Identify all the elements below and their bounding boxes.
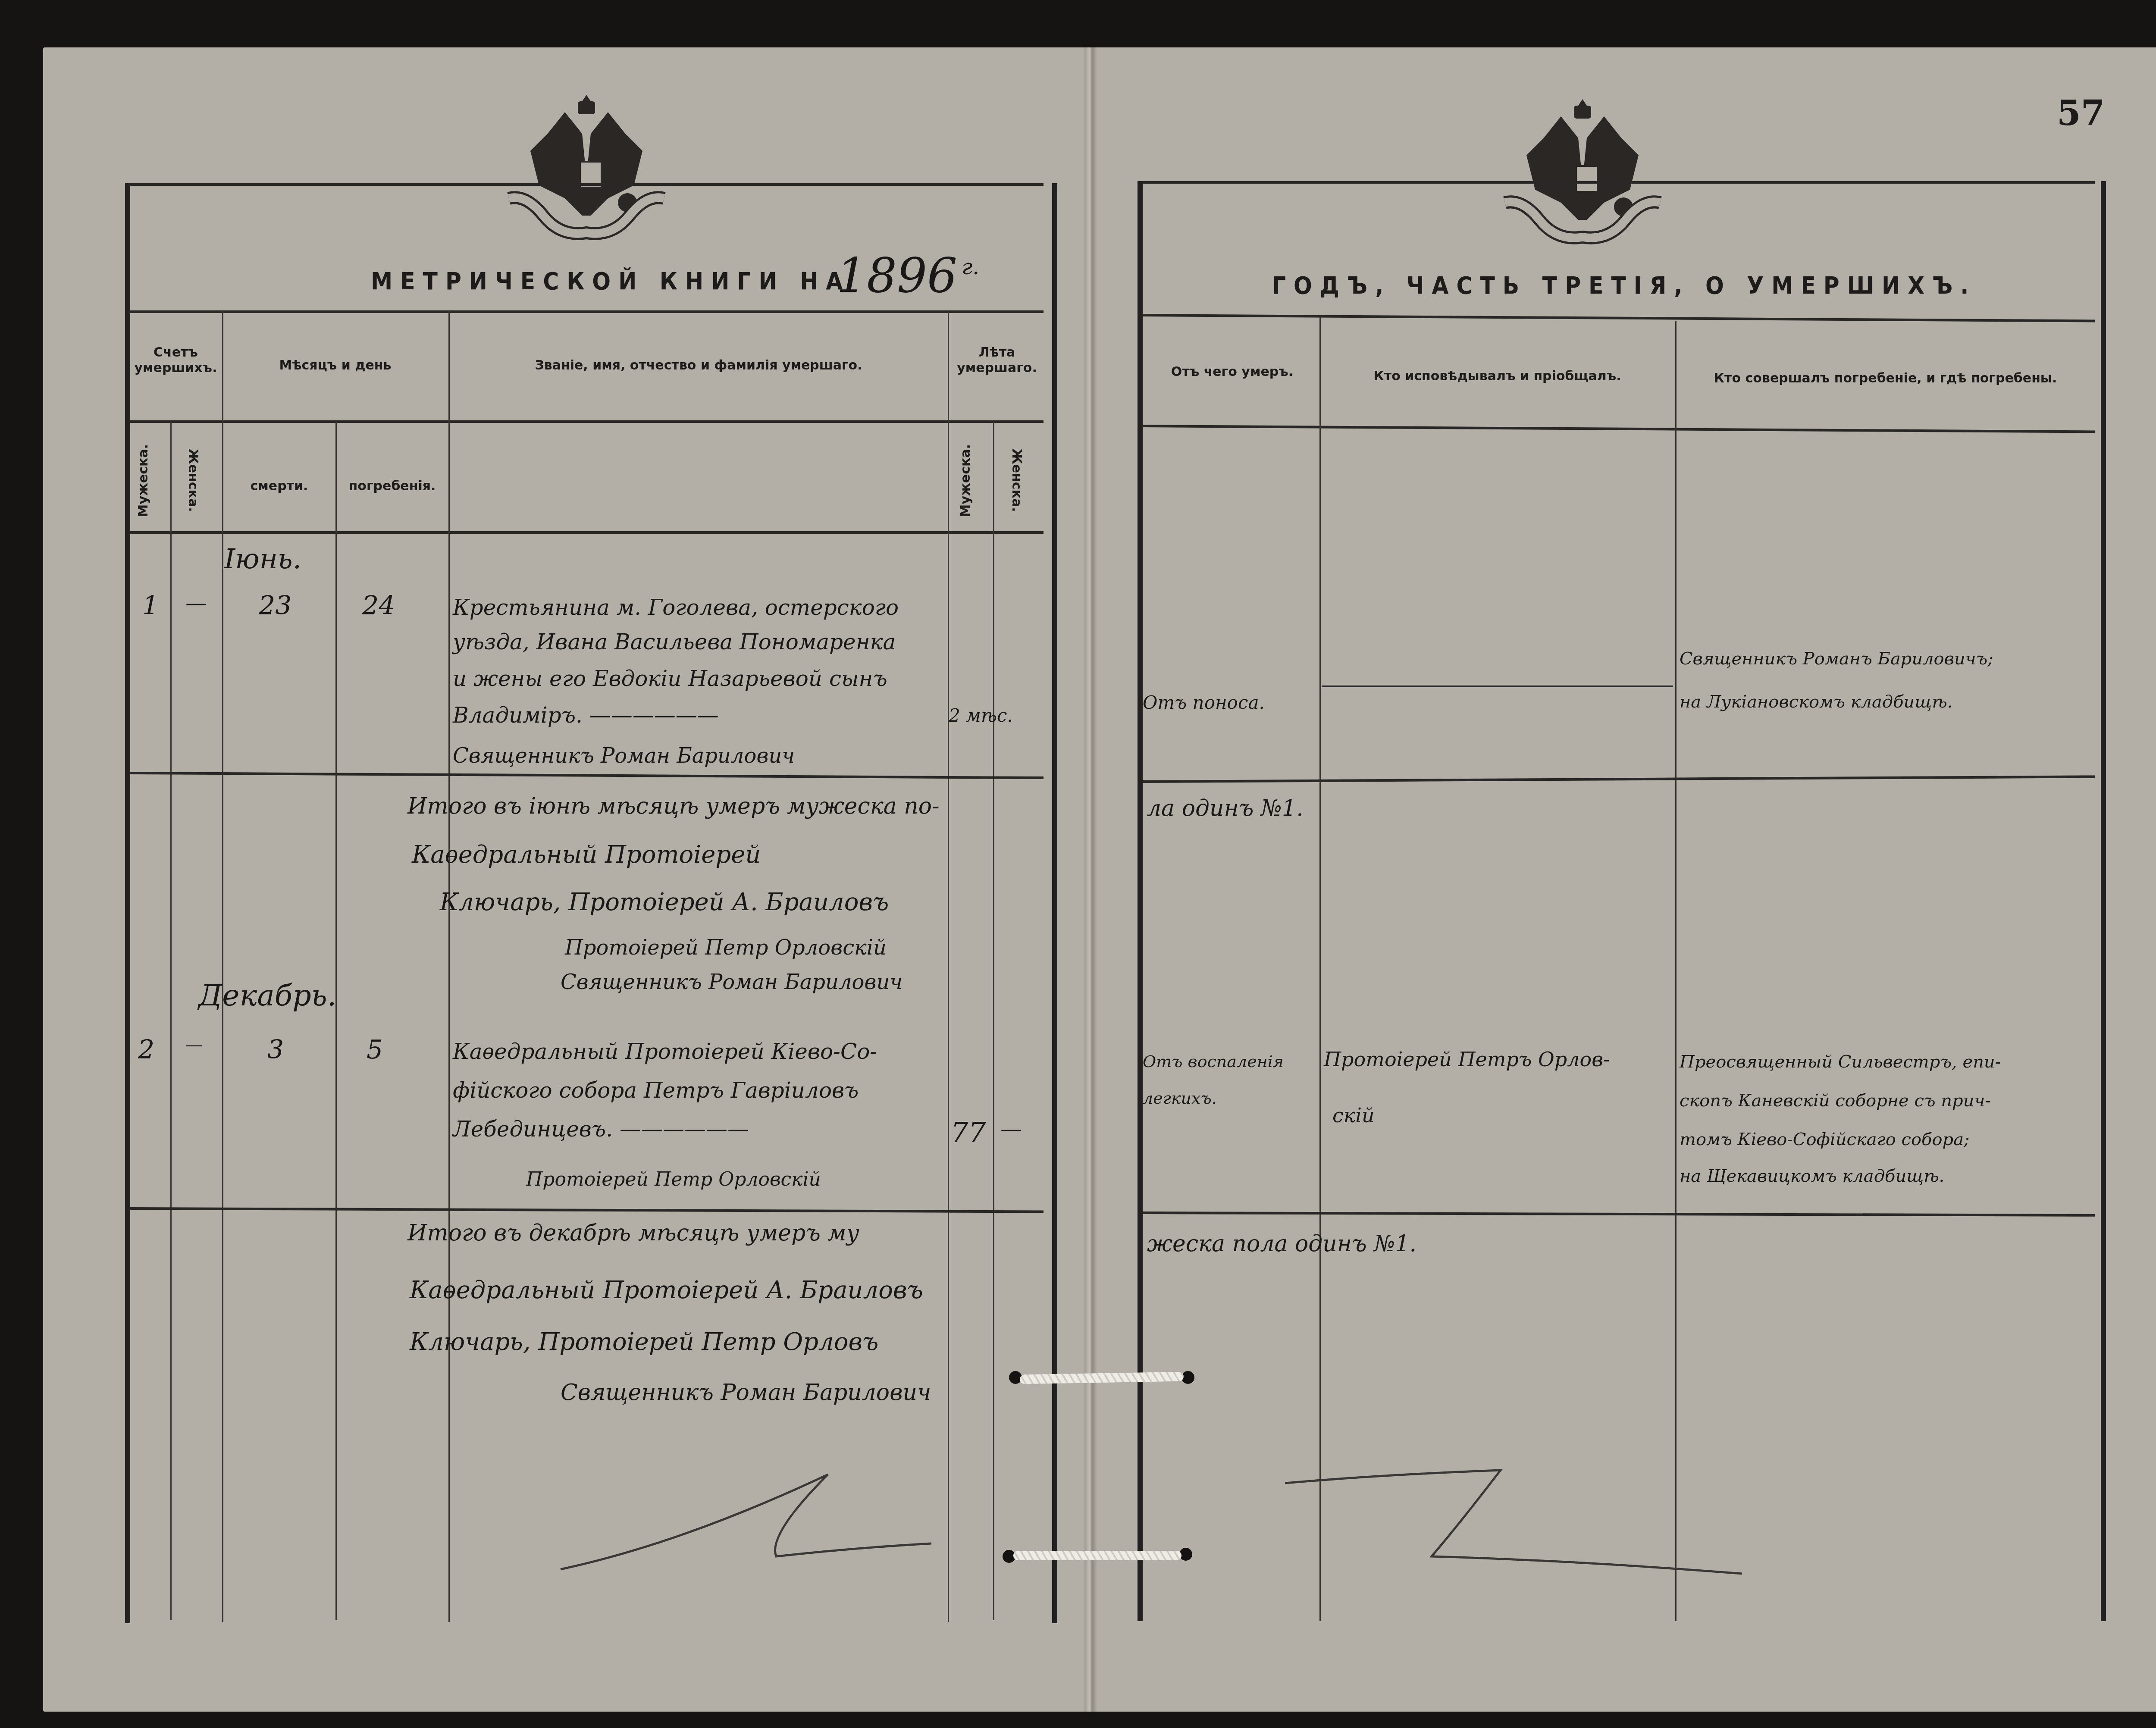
title-right: ГОДЪ, ЧАСТЬ ТРЕТІЯ, О УМЕРШИХЪ.: [1272, 272, 1976, 300]
col-divider: [448, 311, 450, 1622]
year-suffix: г.: [962, 254, 979, 279]
summary-1-text-left: Итого въ іюнѣ мѣсяцѣ умеръ мужеска по-: [407, 793, 940, 819]
year-handwritten: 1896: [837, 248, 957, 303]
col-divider: [1319, 317, 1321, 1621]
entry-1-name-line: Крестьянина м. Гоголева, остерского: [453, 595, 899, 620]
col-divider: [222, 311, 223, 1622]
entry-2-death-day: 3: [267, 1035, 284, 1065]
entry-1-burial-by-line: Священникъ Романъ Бариловичъ;: [1680, 649, 1993, 669]
entry-1-number-male: 1: [142, 591, 159, 621]
summary-1-signature: Ключарь, Протоіерей А. Браиловъ: [440, 888, 889, 916]
entry-2-name-line: Каѳедральный Протоіерей Кіево-Со-: [453, 1039, 877, 1064]
entry-1-confessor-dash: [1322, 686, 1673, 687]
entry-1-burial-day: 24: [362, 591, 395, 621]
entry-2-burial-by-line: Преосвященный Сильвестръ, епи-: [1680, 1052, 2001, 1072]
header-mid-rule: [129, 420, 1044, 423]
col-divider: [948, 311, 949, 1622]
header-age: Лѣта умершаго.: [950, 345, 1044, 376]
summary-1-text-right: ла одинъ №1.: [1147, 795, 1304, 821]
header-confessor: Кто исповѣдывалъ и пріобщалъ.: [1322, 369, 1673, 384]
entry-2-cause-line: легкихъ.: [1143, 1089, 1217, 1108]
col-divider: [335, 422, 337, 1620]
z-cancel-mark-icon: [1276, 1457, 1751, 1587]
header-age-female: Женска.: [1009, 448, 1024, 512]
entry-2-burial-by-line: на Щекавицкомъ кладбищѣ.: [1680, 1166, 1944, 1186]
title-left: МЕТРИЧЕСКОЙ КНИГИ НА: [371, 267, 850, 295]
entry-2-number-male: 2: [138, 1035, 154, 1065]
entry-2-month: Декабрь.: [198, 979, 336, 1013]
entry-2-signature: Протоіерей Петр Орловскій: [526, 1168, 821, 1190]
header-top-rule: [129, 310, 1044, 313]
header-month-day: Мѣсяцъ и день: [224, 358, 446, 373]
header-bottom-rule: [129, 531, 1044, 534]
col-divider: [170, 422, 172, 1620]
entry-1-name-line: уѣзда, Ивана Васильева Пономаренка: [453, 629, 896, 654]
entry-1-burial-by-line: на Лукіановскомъ кладбищѣ.: [1680, 692, 1952, 712]
header-burial-by: Кто совершалъ погребеніе, и гдѣ погребен…: [1677, 371, 2093, 386]
header-cause: Отъ чего умеръ.: [1147, 364, 1317, 380]
entry-1-signature: Священникъ Роман Барилович: [453, 744, 795, 768]
summary-2-text-left: Итого въ декабрѣ мѣсяцѣ умеръ му: [407, 1220, 859, 1246]
summary-2-signature: Каѳедральный Протоіерей А. Браиловъ: [410, 1276, 923, 1304]
entry-2-cause-line: Отъ воспаленія: [1143, 1052, 1284, 1071]
entry-1-death-day: 23: [259, 591, 291, 621]
entry-1-month: Іюнь.: [224, 543, 301, 575]
book-gutter: [1084, 47, 1097, 1712]
entry-2-burial-by-line: скопъ Каневскій соборне съ прич-: [1680, 1091, 1991, 1111]
summary-2-text-right: жеска пола одинъ №1.: [1147, 1231, 1416, 1257]
entry-2-age-male: 77: [951, 1117, 986, 1149]
summary-2-signature: Ключарь, Протоіерей Петр Орловъ: [410, 1328, 878, 1356]
header-count-male: Мужеска.: [136, 444, 151, 517]
binding-cord: [1013, 1551, 1181, 1560]
entry-2-age-female: —: [1000, 1117, 1022, 1142]
col-divider: [993, 422, 994, 1620]
summary-1-signature: Каѳедральный Протоіерей: [412, 841, 761, 869]
summary-2-signature: Священникъ Роман Барилович: [561, 1380, 931, 1406]
entry-1-name-line: Владиміръ. ——————: [453, 703, 719, 728]
entry-2-number-female: —: [185, 1035, 203, 1055]
frame-top-rule: [1142, 181, 2095, 184]
summary-1-signature: Протоіерей Петр Орловскій: [565, 936, 887, 960]
entry-1-name-line: и жены его Евдокіи Назарьевой сынъ: [453, 666, 887, 691]
entry-2-name-line: Лебединцевъ. ——————: [453, 1117, 749, 1142]
entry-1-cause: Отъ поноса.: [1143, 692, 1265, 713]
entry-2-confessor-line: Протоіерей Петръ Орлов-: [1324, 1048, 1610, 1071]
page-number: 57: [2057, 93, 2105, 133]
col-divider: [1675, 321, 1677, 1621]
frame-top-rule: [129, 183, 1044, 186]
entry-1-number-female: —: [185, 591, 207, 616]
z-cancel-mark-icon: [552, 1457, 940, 1587]
summary-1-signature: Священникъ Роман Барилович: [561, 970, 903, 994]
header-death: смерти.: [224, 479, 334, 494]
header-count-female: Женска.: [185, 448, 201, 512]
entry-2-burial-day: 5: [367, 1035, 383, 1065]
entry-2-confessor-line: скій: [1332, 1104, 1375, 1127]
entry-2-name-line: фійского собора Петръ Гавріиловъ: [453, 1078, 859, 1103]
entry-1-age-male: 2 мѣс.: [949, 705, 1013, 726]
right-table-frame: [1138, 181, 2106, 1621]
header-name: Званіе, имя, отчество и фамилія умершаго…: [451, 358, 946, 373]
header-burial: погребенія.: [337, 479, 447, 494]
entry-2-burial-by-line: томъ Кіево-Софійскаго собора;: [1680, 1130, 1969, 1149]
header-age-male: Мужеска.: [958, 444, 973, 517]
header-count: Счетъ умершихъ.: [129, 345, 222, 376]
